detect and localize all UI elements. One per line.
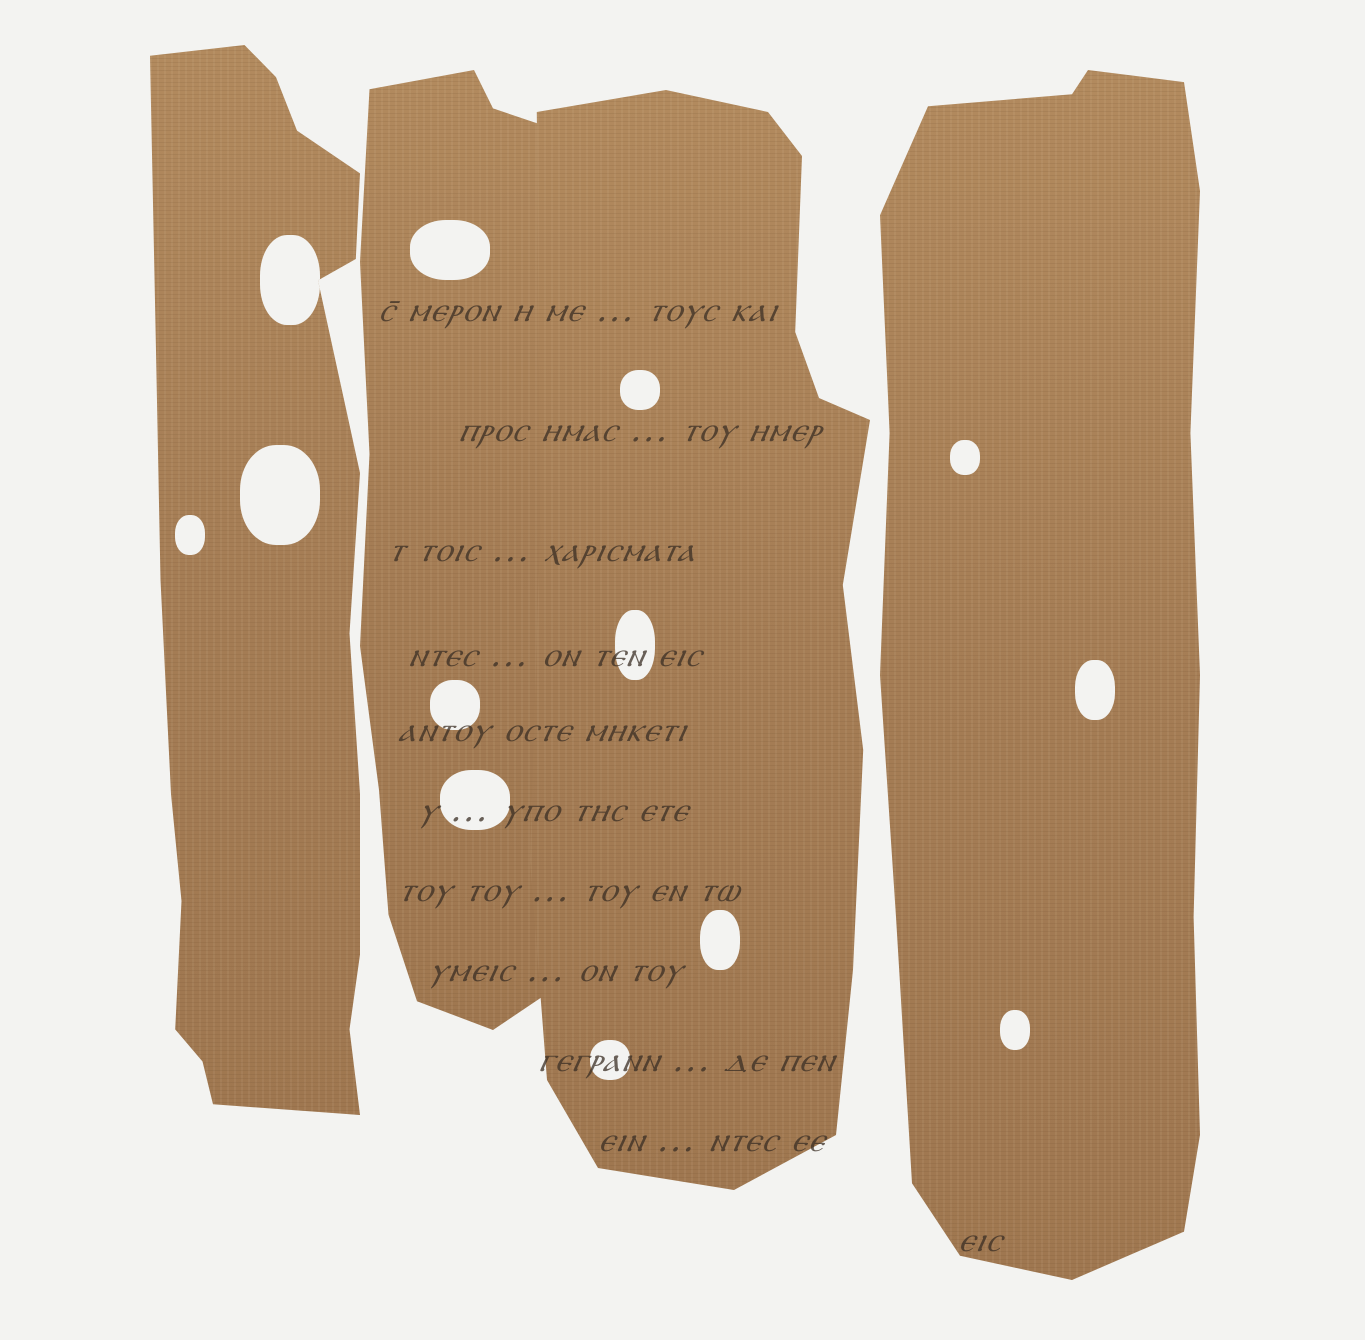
text-line: ⲧⲟⲩ ⲧⲟⲩ ... ⲧⲟⲩ ⲉⲛ ⲧⲱ	[396, 870, 746, 910]
text-line: ⲧ ⲧⲟⲓⲥ ... ⲭⲁⲣⲓⲥⲙⲁⲧⲁ	[386, 530, 702, 570]
text-line: ⲩⲙⲉⲓⲥ ... ⲟⲛ ⲧⲟⲩ	[426, 950, 689, 990]
text-line: ⲩ ... ⲩⲡⲟ ⲧⲏⲥ ⲉⲧⲉ	[416, 790, 695, 830]
text-line: ⲉⲓⲥ	[956, 1220, 1009, 1260]
text-line: ⲁⲛⲧⲟⲩ ⲟⲥⲧⲉ ⲙⲏⲕⲉⲧⲓ	[396, 710, 693, 750]
papyrus-photo: ⲥ̄ ⲙⲉⲣⲟⲛ ⲏ ⲙⲉ ... ⲧⲟⲩⲥ ⲕⲁⲓ ⲡⲣⲟⲥ ⲏⲙⲁⲥ ...…	[0, 0, 1365, 1340]
text-line: ⲅⲉⲅⲣⲁⲛⲛ ... ⲇⲉ ⲡⲉⲛ	[536, 1040, 841, 1080]
papyrus-strip-right	[880, 70, 1200, 1280]
papyrus-strip-left	[150, 45, 360, 1115]
text-line: ⲉⲓⲛ ... ⲛⲧⲉⲥ ⲉⲉ	[596, 1120, 831, 1160]
text-line: ⲥ̄ ⲙⲉⲣⲟⲛ ⲏ ⲙⲉ ... ⲧⲟⲩⲥ ⲕⲁⲓ	[376, 290, 784, 330]
text-line: ⲛⲧⲉⲥ ... ⲟⲛ ⲧⲉⲛ ⲉⲓⲥ	[406, 635, 708, 675]
text-line: ⲡⲣⲟⲥ ⲏⲙⲁⲥ ... ⲧⲟⲩ ⲏⲙⲉⲣ	[456, 410, 828, 450]
